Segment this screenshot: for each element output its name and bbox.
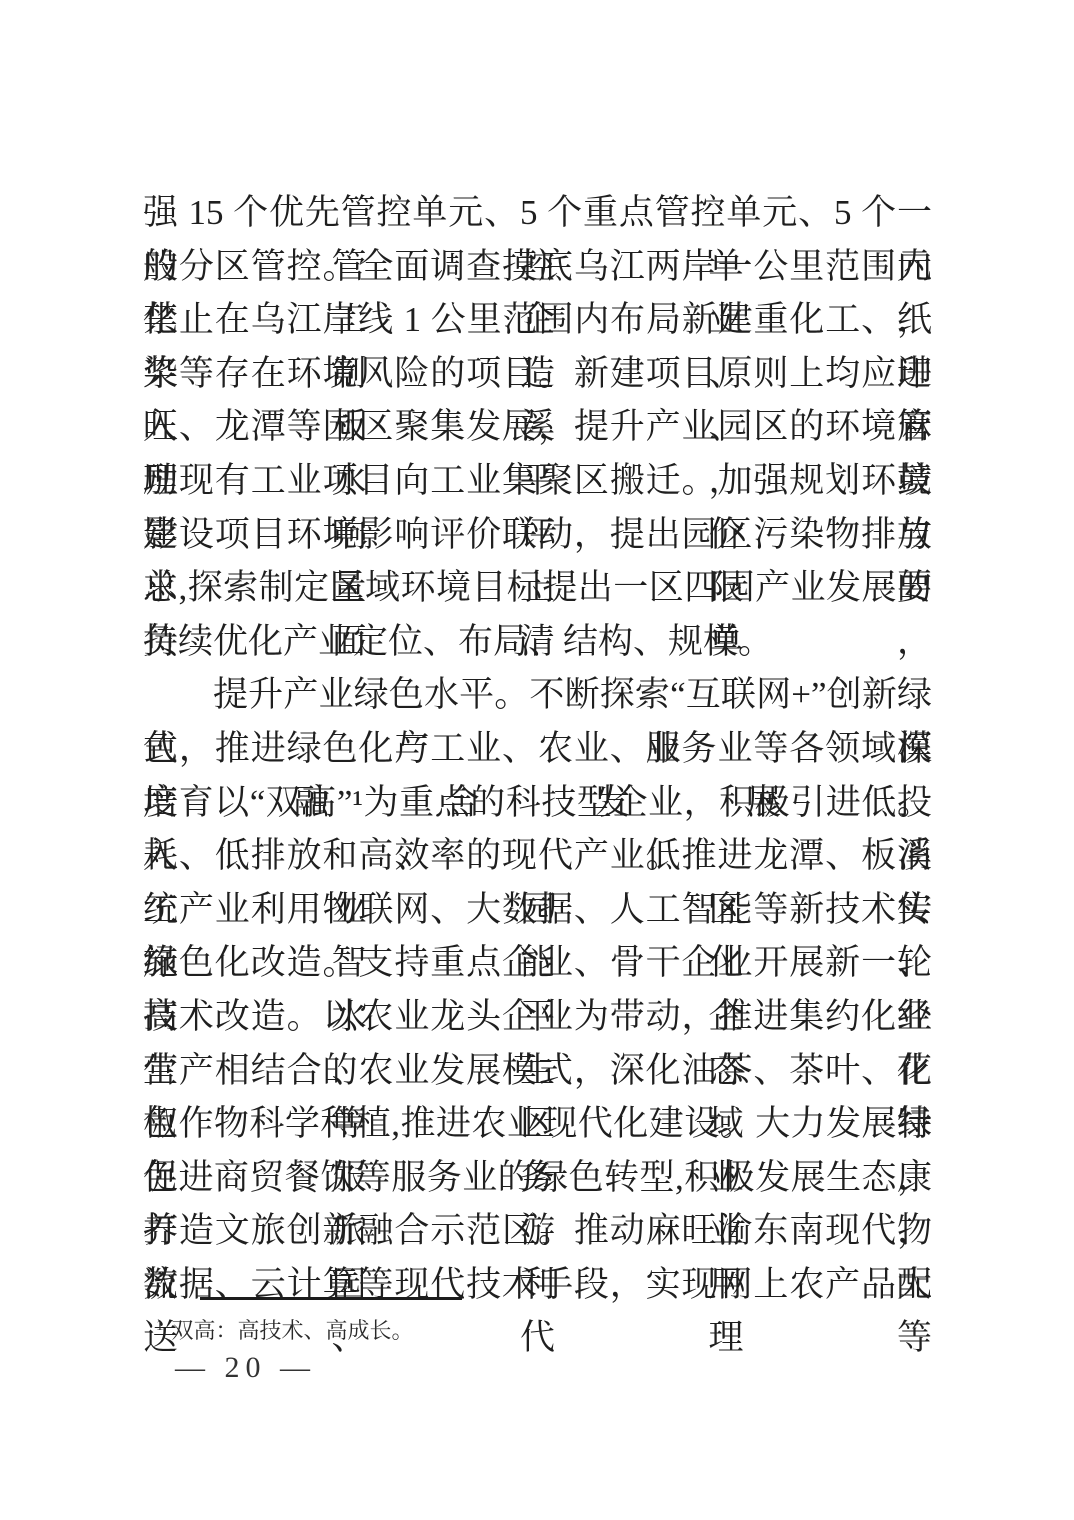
- text-line: 促进商贸餐饮等服务业的绿色转型,积极发展生态康养旅游业，: [143, 1151, 932, 1205]
- footnote: 1双高：高技术、高成长。: [156, 1316, 856, 1346]
- text-line: 统产业利用物联网、大数据、人工智能等新技术实施智能化、: [143, 883, 932, 937]
- document-page: 强 15 个优先管控单元、5 个重点管控单元、5 个一般管控单元 的分区管控。全…: [0, 0, 1074, 1520]
- footnote-text: 双高：高技术、高成长。: [172, 1318, 414, 1343]
- text-line: 旺、龙潭等园区聚集发展，提升产业园区的环境管理水平，鼓: [143, 400, 932, 454]
- text-line: 强 15 个优先管控单元、5 个重点管控单元、5 个一般管控单元: [143, 186, 932, 240]
- text-line: 建设项目环境影响评价联动，提出园区污染物排放总量上限要: [143, 508, 932, 562]
- text-line: 染等存在环境风险的项目。新建项目原则上均应进入板溪、麻: [143, 347, 932, 401]
- text-line: 励现有工业项目向工业集聚区搬迁。加强规划环境影响评价与: [143, 454, 932, 508]
- text-line: 生产相结合的农业发展模式，深化油茶、茶叶、花椒等区域特: [143, 1044, 932, 1098]
- text-line: 的分区管控。全面调查摸底乌江两岸一公里范围内化工企业，: [143, 240, 932, 294]
- page-number: — 20 —: [175, 1348, 316, 1388]
- text-line: 打造文旅创新融合示范区。推动麻旺渝东南现代物流园利用大: [143, 1204, 932, 1258]
- body-text-block: 强 15 个优先管控单元、5 个重点管控单元、5 个一般管控单元 的分区管控。全…: [143, 186, 932, 1311]
- text-line: 求,探索制定区域环境目标提出一区四园产业发展的负面清单，: [143, 561, 932, 615]
- text-line: 禁止在乌江岸线 1 公里范围内布局新建重化工、纸浆制造、印: [143, 293, 932, 347]
- text-line: 耗、低排放和高效率的现代产业。推进龙潭、板溪工业园区传: [143, 829, 932, 883]
- text-line: 技术改造。以农业龙头企业为带动，推进集约化经营、生态化: [143, 990, 932, 1044]
- text-line-paragraph-start: 提升产业绿色水平。不断探索“互联网+”创新绿色产业模: [143, 668, 932, 722]
- text-line: 式，推进绿色化与工业、农业、服务业等各领域深度融合发展。: [143, 722, 932, 776]
- text-line: 色作物科学种植,推进农业现代化建设。大力发展绿色服务业，: [143, 1097, 932, 1151]
- footnote-marker: 1: [156, 1318, 164, 1334]
- text-line: 绿色化改造。支持重点企业、骨干企业开展新一轮高水平企业: [143, 936, 932, 990]
- text-line: 数据、云计算等现代技术手段，实现网上农产品配送、代理等: [143, 1258, 932, 1312]
- footnote-divider: [200, 1297, 462, 1300]
- text-line-with-footnote-ref: 培育以“双高”¹为重点的科技型企业，积极引进低投入、低消: [143, 776, 932, 830]
